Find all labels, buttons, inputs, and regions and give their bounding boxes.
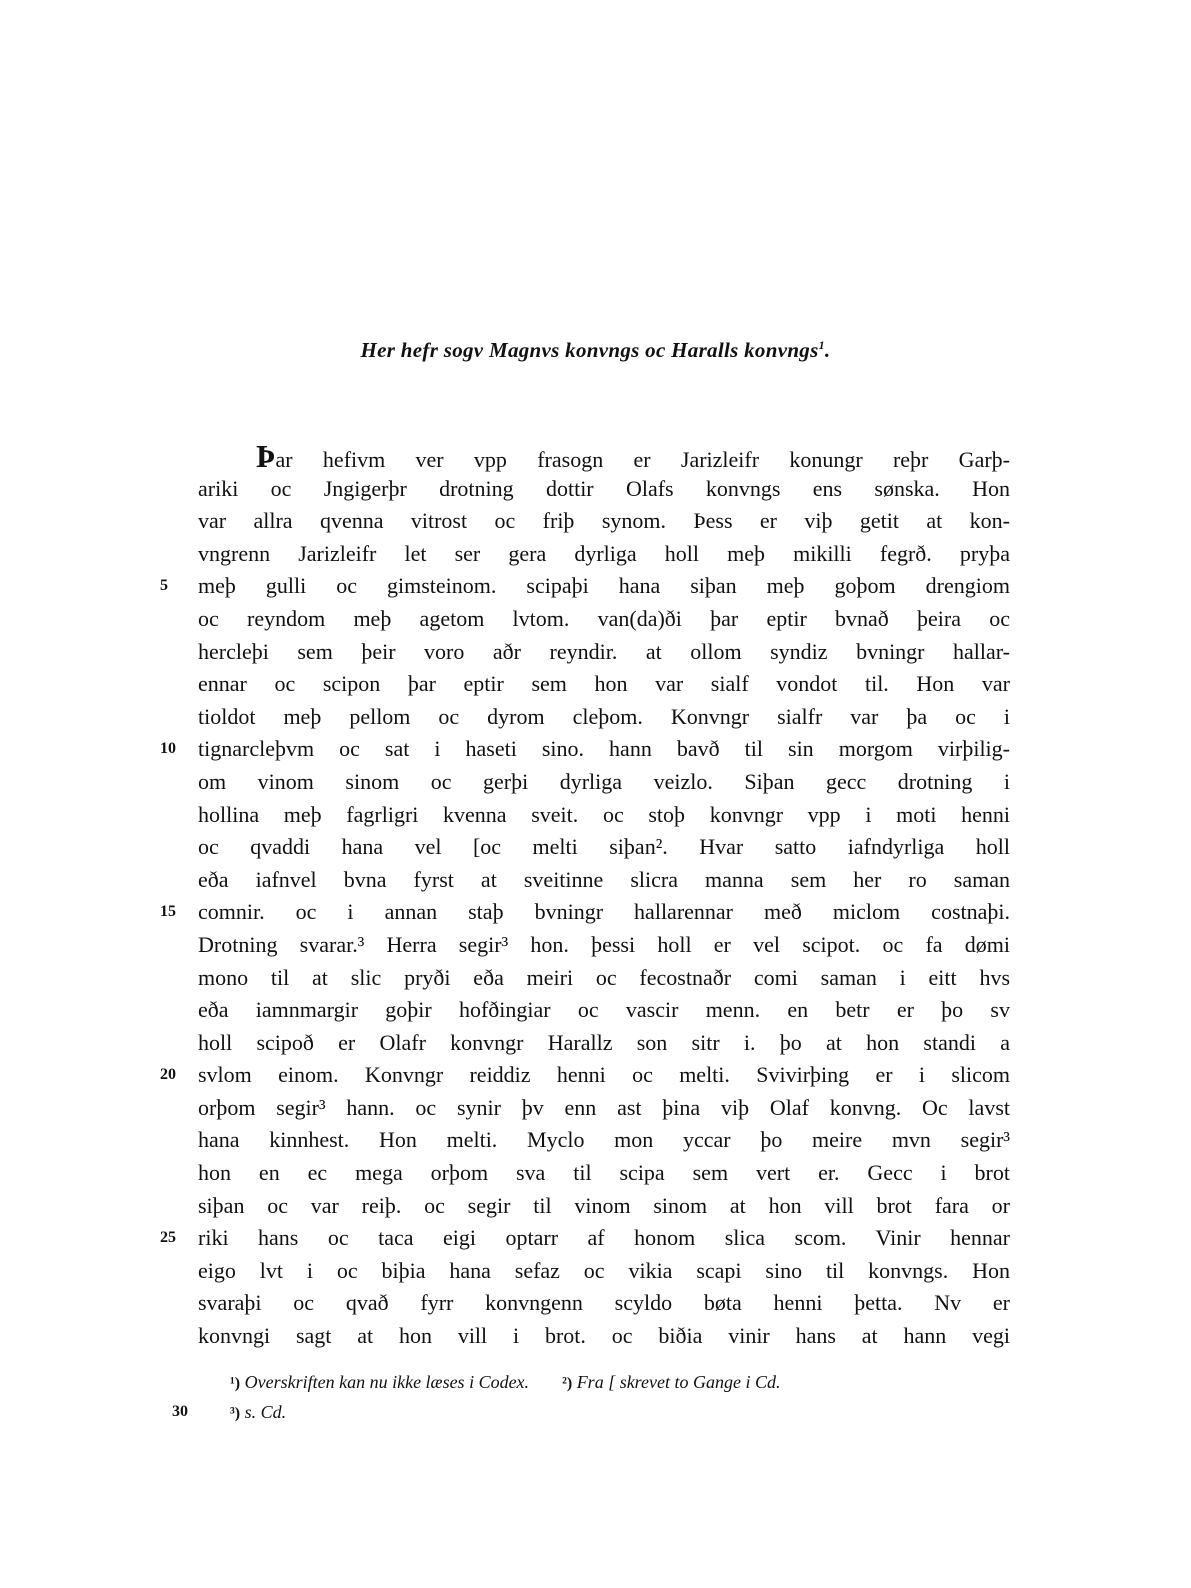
text-line: Þar hefivm ver vpp frasogn er Jarizleifr… xyxy=(198,440,1010,473)
footnotes: ¹) Overskriften kan nu ikke læses i Code… xyxy=(230,1367,1020,1427)
footnote-text: Overskriften kan nu ikke læses i Codex. xyxy=(245,1372,529,1392)
text-line: hollina meþ fagrligri kvenna sveit. oc s… xyxy=(198,799,1010,832)
text-line: hercleþi sem þeir voro aðr reyndir. at o… xyxy=(198,636,1010,669)
line-number: 15 xyxy=(160,896,190,929)
text-line: tioldot meþ pellom oc dyrom cleþom. Konv… xyxy=(198,701,1010,734)
text-line: holl scipoð er Olafr konvngr Harallz son… xyxy=(198,1027,1010,1060)
text-line: Drotning svarar.³ Herra segir³ hon. þess… xyxy=(198,929,1010,962)
footnote-ref: ³) xyxy=(230,1405,240,1422)
text-line: oc reyndom meþ agetom lvtom. van(da)ði þ… xyxy=(198,603,1010,636)
text-line: vngrenn Jarizleifr let ser gera dyrliga … xyxy=(198,538,1010,571)
text-line: var allra qvenna vitrost oc friþ synom. … xyxy=(198,505,1010,538)
text-line: oc qvaddi hana vel [oc melti siþan². Hva… xyxy=(198,831,1010,864)
footnote-text: Fra [ skrevet to Gange i Cd. xyxy=(577,1372,781,1392)
line-number: 10 xyxy=(160,733,190,766)
line-number: 30 xyxy=(172,1397,188,1427)
text-line: 10tignarcleþvm oc sat i haseti sino. han… xyxy=(198,733,1010,766)
text-line: 15comnir. oc i annan staþ bvningr hallar… xyxy=(198,896,1010,929)
text-line: konvngi sagt at hon vill i brot. oc biði… xyxy=(198,1320,1010,1353)
text-line: svaraþi oc qvað fyrr konvngenn scyldo bø… xyxy=(198,1287,1010,1320)
footnote-ref: ¹) xyxy=(230,1375,240,1392)
text-line: ariki oc Jngigerþr drotning dottir Olafs… xyxy=(198,473,1010,506)
page-title: Her hefr sogv Magnvs konvngs oc Haralls … xyxy=(0,338,1191,363)
text-line: eigo lvt i oc biþia hana sefaz oc vikia … xyxy=(198,1255,1010,1288)
line-number: 5 xyxy=(160,570,190,603)
text-line: orþom segir³ hann. oc synir þv enn ast þ… xyxy=(198,1092,1010,1125)
footnote-line: 30 ³) s. Cd. xyxy=(230,1397,1020,1427)
body-text: Þar hefivm ver vpp frasogn er Jarizleifr… xyxy=(198,440,1010,1353)
text-line: eða iamnmargir goþir hofðingiar oc vasci… xyxy=(198,994,1010,1027)
footnote-ref: ²) xyxy=(562,1375,572,1392)
footnote-text: s. Cd. xyxy=(245,1402,287,1422)
text-line: 5meþ gulli oc gimsteinom. scipaþi hana s… xyxy=(198,570,1010,603)
title-period: . xyxy=(825,338,831,362)
text-line: 25riki hans oc taca eigi optarr af honom… xyxy=(198,1222,1010,1255)
footnote-line: ¹) Overskriften kan nu ikke læses i Code… xyxy=(230,1367,1020,1397)
text-line: ennar oc scipon þar eptir sem hon var si… xyxy=(198,668,1010,701)
text-line: mono til at slic pryði eða meiri oc feco… xyxy=(198,962,1010,995)
text-line: 20svlom einom. Konvngr reiddiz henni oc … xyxy=(198,1059,1010,1092)
drop-cap: Þ xyxy=(256,438,276,474)
text-line: hon en ec mega orþom sva til scipa sem v… xyxy=(198,1157,1010,1190)
text-line: siþan oc var reiþ. oc segir til vinom si… xyxy=(198,1190,1010,1223)
title-text: Her hefr sogv Magnvs konvngs oc Haralls … xyxy=(361,338,819,362)
text-line: hana kinnhest. Hon melti. Myclo mon ycca… xyxy=(198,1124,1010,1157)
line-number: 25 xyxy=(160,1222,190,1255)
text-line: om vinom sinom oc gerþi dyrliga veizlo. … xyxy=(198,766,1010,799)
line-number: 20 xyxy=(160,1059,190,1092)
text-line: eða iafnvel bvna fyrst at sveitinne slic… xyxy=(198,864,1010,897)
